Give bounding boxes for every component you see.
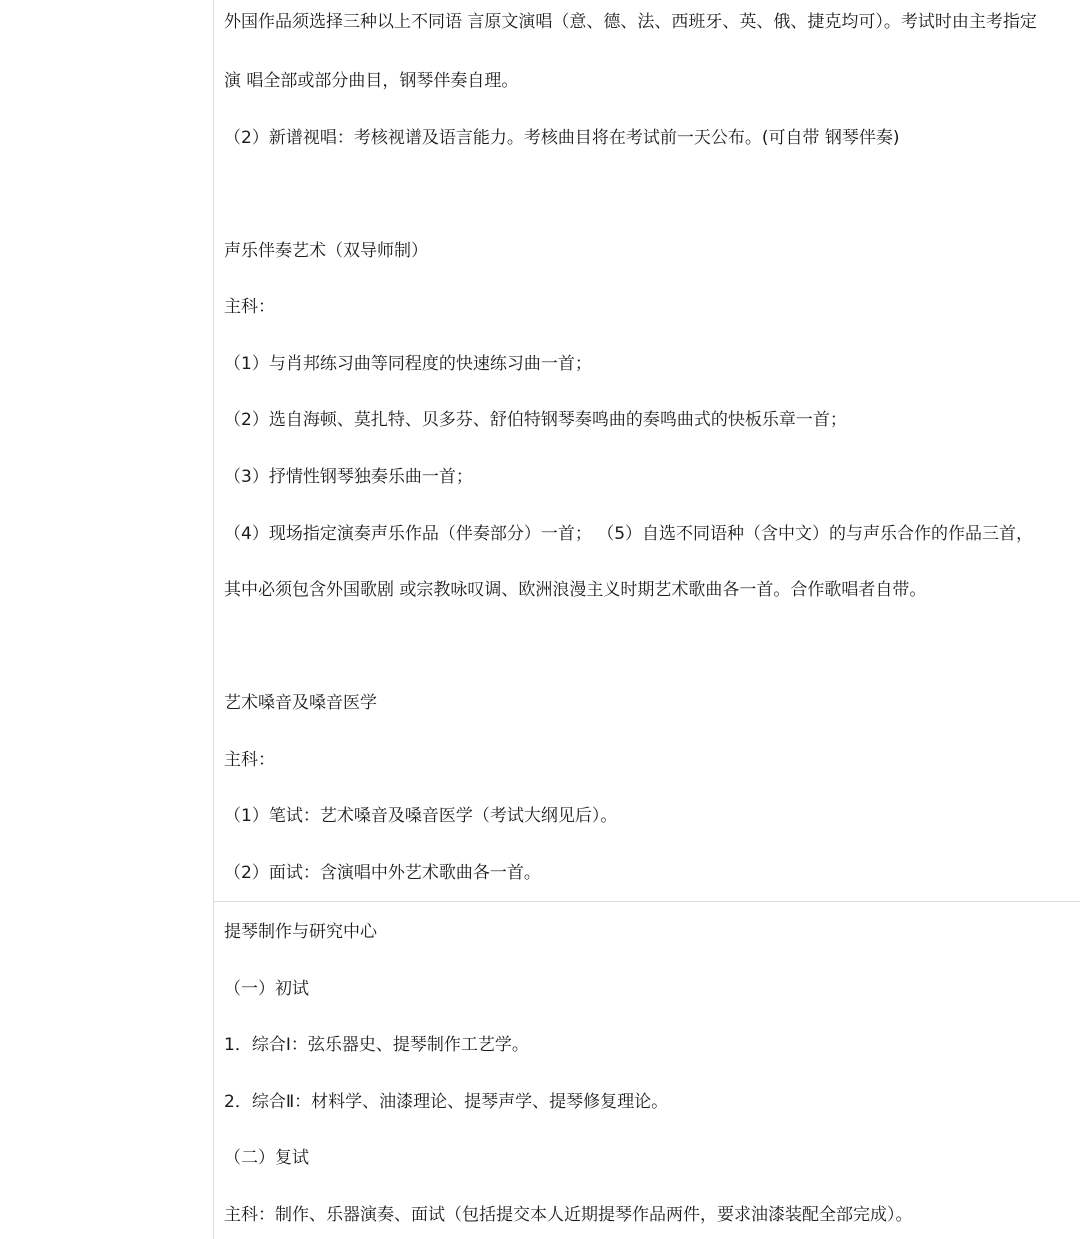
list-item-lyrical-solo: （3）抒情性钢琴独奏乐曲一首； [224, 465, 473, 489]
list-item-interview: （2）面试：含演唱中外艺术歌曲各一首。 [224, 861, 541, 885]
section-title-vocal-accompaniment: 声乐伴奏艺术（双导师制） [224, 239, 428, 263]
list-item-written-exam: （1）笔试：艺术嗓音及嗓音医学（考试大纲见后）。 [224, 804, 617, 828]
paragraph-foreign-works-requirement: 外国作品须选择三种以上不同语 言原文演唱（意、德、法、西班牙、英、俄、捷克均可）… [224, 10, 1037, 34]
content-table: 外国作品须选择三种以上不同语 言原文演唱（意、德、法、西班牙、英、俄、捷克均可）… [213, 0, 1080, 1239]
list-item-comprehensive-1: 1．综合Ⅰ：弦乐器史、提琴制作工艺学。 [224, 1033, 529, 1057]
paragraph-foreign-works-continued: 演 唱全部或部分曲目，钢琴伴奏自理。 [224, 69, 518, 93]
list-item-etude: （1）与肖邦练习曲等同程度的快速练习曲一首； [224, 352, 592, 376]
subsection-re-exam: （二）复试 [224, 1146, 309, 1170]
section-title-voice-medicine: 艺术嗓音及嗓音医学 [224, 691, 377, 715]
label-major-subject: 主科： [224, 748, 275, 772]
list-item-sonata: （2）选自海顿、莫扎特、贝多芬、舒伯特钢琴奏鸣曲的奏鸣曲式的快板乐章一首； [224, 408, 847, 432]
subsection-preliminary-exam: （一）初试 [224, 977, 309, 1001]
table-cell-violin-making: 提琴制作与研究中心 （一）初试 1．综合Ⅰ：弦乐器史、提琴制作工艺学。 2．综合… [214, 901, 1080, 1239]
paragraph-re-exam-major: 主科：制作、乐器演奏、面试（包括提交本人近期提琴作品两件，要求油漆装配全部完成）… [224, 1203, 913, 1227]
table-cell-vocal-programs: 外国作品须选择三种以上不同语 言原文演唱（意、德、法、西班牙、英、俄、捷克均可）… [214, 0, 1080, 901]
label-major-subject: 主科： [224, 295, 275, 319]
section-title-violin-making-center: 提琴制作与研究中心 [224, 920, 377, 944]
list-item-comprehensive-2: 2．综合Ⅱ：材料学、油漆理论、提琴声学、提琴修复理论。 [224, 1090, 668, 1114]
paragraph-sight-singing: （2）新谱视唱：考核视谱及语言能力。考核曲目将在考试前一天公布。(可自带 钢琴伴… [224, 126, 899, 150]
paragraph-collab-requirements: 其中必须包含外国歌剧 或宗教咏叹调、欧洲浪漫主义时期艺术歌曲各一首。合作歌唱者自… [224, 578, 926, 602]
list-item-accompaniment-and-collab: （4）现场指定演奏声乐作品（伴奏部分）一首； （5）自选不同语种（含中文）的与声… [224, 522, 1033, 546]
